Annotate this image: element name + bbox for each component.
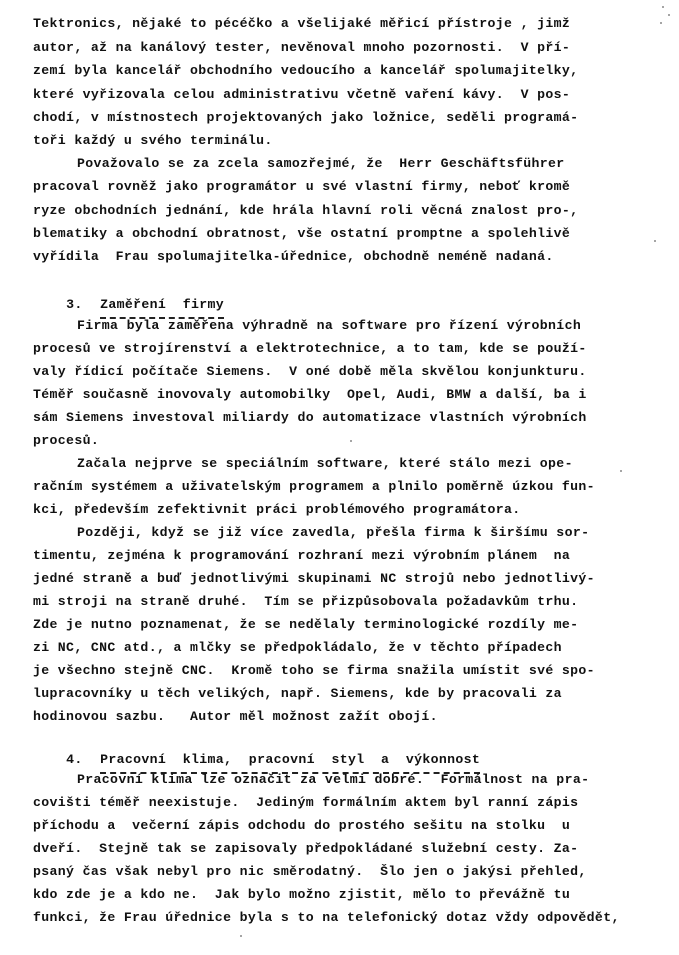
text-line: které vyřizovala celou administrativu vč… <box>33 87 570 103</box>
text-line: dveří. Stejně tak se zapisovaly předpokl… <box>33 841 578 857</box>
text-line: Pracovní klima lze označit za velmi dobr… <box>77 772 589 788</box>
scan-speck <box>660 22 662 24</box>
text-line: mi stroji na straně druhé. Tím se přizpů… <box>33 594 578 610</box>
text-line: zemí byla kancelář obchodního vedoucího … <box>33 63 578 79</box>
text-line: chodí, v místnostech projektovaných jako… <box>33 110 578 126</box>
text-line: Firma byla zaměřena výhradně na software… <box>77 318 581 334</box>
text-line: procesů. <box>33 433 99 449</box>
text-line: pracoval rovněž jako programátor u své v… <box>33 179 570 195</box>
scan-speck <box>350 440 352 442</box>
text-line: Později, když se již více zavedla, přešl… <box>77 525 589 541</box>
text-line: funkci, že Frau úřednice byla s to na te… <box>33 910 620 926</box>
section-title: Zaměření firmy <box>100 297 224 313</box>
text-line: toři každý u svého terminálu. <box>33 133 273 149</box>
text-line: Tektronics, nějaké to pécéčko a všelijak… <box>33 16 570 32</box>
text-line: hodinovou sazbu. Autor měl možnost zažít… <box>33 709 438 725</box>
text-line: vyřídila Frau spolumajitelka-úřednice, o… <box>33 249 554 265</box>
text-line: jedné straně a buď jednotlivými skupinam… <box>33 571 595 587</box>
scan-speck <box>240 935 242 937</box>
scanned-typewritten-page: Tektronics, nějaké to pécéčko a všelijak… <box>0 0 679 955</box>
text-line: valy řídicí počítače Siemens. V oné době… <box>33 364 587 380</box>
section-title: Pracovní klima, pracovní styl a výkonnos… <box>100 752 480 768</box>
text-line: zi NC, CNC atd., a mlčky se předpokládal… <box>33 640 562 656</box>
text-line: timentu, zejména k programování rozhraní… <box>33 548 570 564</box>
text-line: lupracovníky u těch velikých, např. Siem… <box>33 686 562 702</box>
text-line: psaný čas však nebyl pro nic směrodatný.… <box>33 864 587 880</box>
text-line: příchodu a večerní zápis odchodu do pros… <box>33 818 570 834</box>
text-line: autor, až na kanálový tester, nevěnoval … <box>33 40 570 56</box>
text-line: blematiky a obchodní obratnost, vše osta… <box>33 226 570 242</box>
scan-speck <box>654 240 656 242</box>
text-line: sám Siemens investoval miliardy do autom… <box>33 410 587 426</box>
text-line: je všechno stejně CNC. Kromě toho se fir… <box>33 663 595 679</box>
scan-speck <box>620 470 622 472</box>
text-line: Začala nejprve se speciálním software, k… <box>77 456 573 472</box>
text-line: račním systémem a uživatelským programem… <box>33 479 595 495</box>
text-line: kdo zde je a kdo ne. Jak bylo možno zjis… <box>33 887 570 903</box>
text-line: Zde je nutno poznamenat, že se nedělaly … <box>33 617 578 633</box>
text-line: procesů ve strojírenství a elektrotechni… <box>33 341 587 357</box>
text-line: covišti téměř neexistuje. Jediným formál… <box>33 795 578 811</box>
section-number: 4. <box>66 752 100 768</box>
text-line: Považovalo se za zcela samozřejmé, že He… <box>77 156 565 172</box>
scan-speck <box>662 6 664 8</box>
scan-speck <box>668 14 670 16</box>
text-line: ryze obchodních jednání, kde hrála hlavn… <box>33 203 578 219</box>
section-number: 3. <box>66 297 100 313</box>
text-line: Téměř současně inovovaly automobilky Ope… <box>33 387 587 403</box>
text-line: kci, především zefektivnit práci problém… <box>33 502 521 518</box>
